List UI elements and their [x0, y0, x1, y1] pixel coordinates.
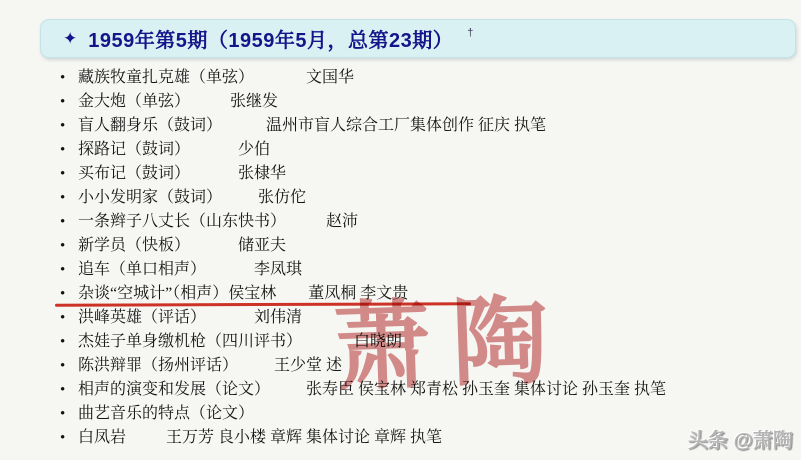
bullet-icon: •: [60, 306, 78, 330]
list-item-text: 藏族牧童扎克雄（单弦） 文国华: [78, 69, 354, 86]
bullet-icon: •: [60, 210, 78, 234]
issue-title: 1959年第5期（1959年5月，总第23期）: [88, 24, 453, 53]
bullet-icon: •: [60, 330, 78, 354]
bullet-icon: •: [60, 138, 78, 162]
list-item: •藏族牧童扎克雄（单弦） 文国华: [60, 66, 666, 90]
bullet-icon: •: [60, 426, 78, 450]
bullet-icon: •: [60, 234, 78, 258]
list-item-text: 杰娃子单身缴机枪（四川评书） 白晓朗: [78, 333, 402, 350]
list-item-text: 盲人翻身乐（鼓词） 温州市盲人综合工厂集体创作 征庆 执笔: [78, 117, 546, 134]
list-item-text: 相声的演变和发展（论文） 张寿臣 侯宝林 郑青松 孙玉奎 集体讨论 孙玉奎 执笔: [78, 381, 666, 398]
bullet-icon: •: [60, 282, 78, 306]
bullet-icon: •: [60, 162, 78, 186]
bullet-icon: •: [60, 258, 78, 282]
list-item: •小小发明家（鼓词） 张仿佗: [60, 186, 666, 210]
list-item: •洪峰英雄（评话） 刘伟清: [60, 306, 666, 330]
list-item-text: 白凤岩 王万芳 良小楼 章辉 集体讨论 章辉 执笔: [78, 429, 442, 446]
list-item: •新学员（快板） 储亚夫: [60, 234, 666, 258]
star-bullet-icon: ✦: [63, 30, 77, 47]
list-item: •金大炮（单弦） 张继发: [60, 90, 666, 114]
bullet-icon: •: [60, 378, 78, 402]
list-item-text: 陈洪辩罪（扬州评话） 王少堂 述: [78, 357, 342, 374]
list-item-text: 买布记（鼓词） 张棣华: [78, 165, 286, 182]
list-item-underlined: •杂谈“空城计”（相声）侯宝林 董凤桐 李文贵: [60, 282, 666, 306]
bullet-icon: •: [60, 186, 78, 210]
bullet-icon: •: [60, 66, 78, 90]
list-item-text: 小小发明家（鼓词） 张仿佗: [78, 189, 306, 206]
list-item-text: 洪峰英雄（评话） 刘伟清: [78, 309, 302, 326]
byline-watermark: 头条 @萧陶: [688, 424, 793, 453]
magazine-toc-page: ✦ 1959年第5期（1959年5月，总第23期） † •藏族牧童扎克雄（单弦）…: [0, 0, 801, 460]
list-item: •盲人翻身乐（鼓词） 温州市盲人综合工厂集体创作 征庆 执笔: [60, 114, 666, 138]
list-item: •陈洪辩罪（扬州评话） 王少堂 述: [60, 354, 666, 378]
toc-list: •藏族牧童扎克雄（单弦） 文国华 •金大炮（单弦） 张继发 •盲人翻身乐（鼓词）…: [60, 66, 666, 450]
list-item-text: 杂谈“空城计”（相声）侯宝林 董凤桐 李文贵: [78, 285, 408, 302]
list-item-text: 曲艺音乐的特点（论文）: [78, 405, 254, 422]
list-item-text: 金大炮（单弦） 张继发: [78, 93, 278, 110]
list-item: •相声的演变和发展（论文） 张寿臣 侯宝林 郑青松 孙玉奎 集体讨论 孙玉奎 执…: [60, 378, 666, 402]
list-item: •买布记（鼓词） 张棣华: [60, 162, 666, 186]
list-item: •白凤岩 王万芳 良小楼 章辉 集体讨论 章辉 执笔: [60, 426, 666, 450]
bullet-icon: •: [60, 90, 78, 114]
bullet-icon: •: [60, 354, 78, 378]
list-item: •探路记（鼓词） 少伯: [60, 138, 666, 162]
list-item: •一条辫子八丈长（山东快书） 赵沛: [60, 210, 666, 234]
bullet-icon: •: [60, 114, 78, 138]
list-item: •杰娃子单身缴机枪（四川评书） 白晓朗: [60, 330, 666, 354]
dagger-icon: †: [467, 27, 473, 39]
list-item-text: 探路记（鼓词） 少伯: [78, 141, 270, 158]
list-item: •追车（单口相声） 李凤琪: [60, 258, 666, 282]
list-item-text: 一条辫子八丈长（山东快书） 赵沛: [78, 213, 358, 230]
list-item: •曲艺音乐的特点（论文）: [60, 402, 666, 426]
issue-header: ✦ 1959年第5期（1959年5月，总第23期） †: [40, 19, 796, 58]
list-item-text: 新学员（快板） 储亚夫: [78, 237, 286, 254]
bullet-icon: •: [60, 402, 78, 426]
list-item-text: 追车（单口相声） 李凤琪: [78, 261, 302, 278]
